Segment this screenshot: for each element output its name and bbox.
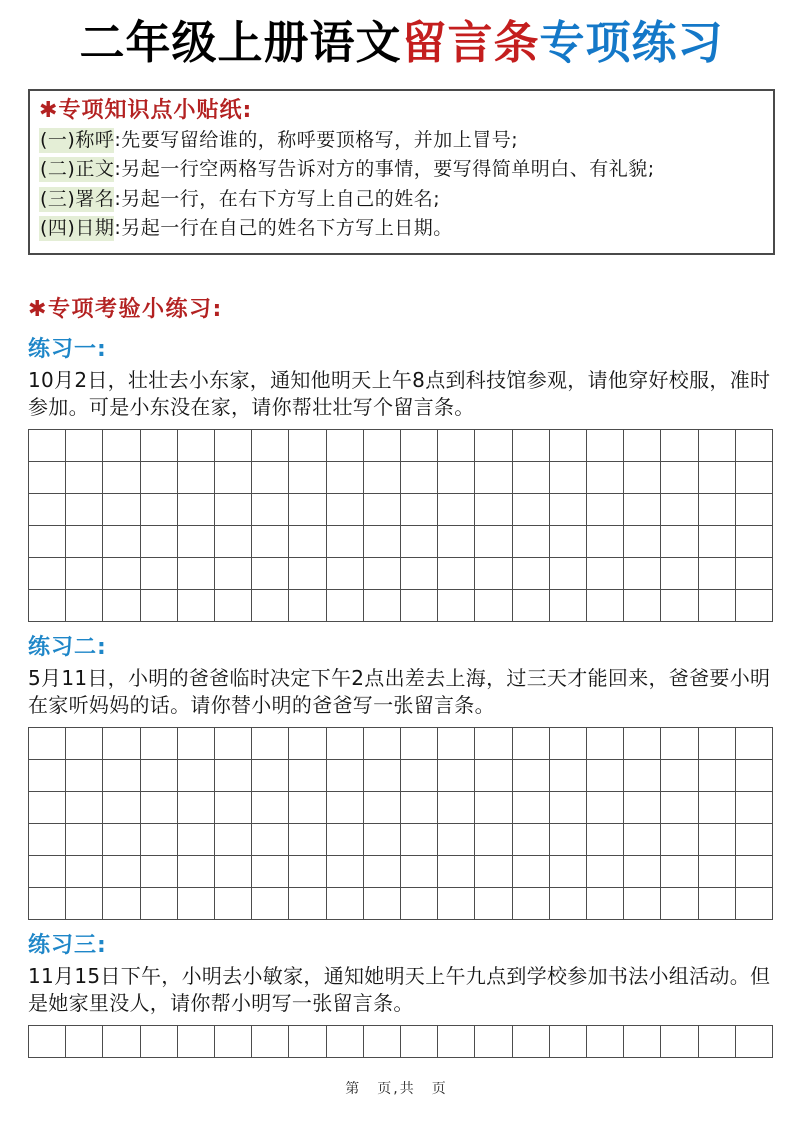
grid-cell	[326, 727, 363, 759]
grid-cell	[251, 759, 288, 791]
grid-cell	[586, 525, 623, 557]
grid-cell	[586, 727, 623, 759]
grid-cell	[251, 493, 288, 525]
grid-cell	[512, 461, 549, 493]
grid-cell	[698, 887, 735, 919]
grid-cell	[177, 525, 214, 557]
title-part-practice: 专项练习	[540, 16, 724, 69]
grid-cell	[400, 823, 437, 855]
grid-cell	[735, 855, 772, 887]
grid-cell	[549, 823, 586, 855]
grid-cell	[698, 525, 735, 557]
exercise-label: 练习一:	[28, 335, 775, 364]
grid-cell	[735, 887, 772, 919]
grid-cell	[363, 525, 400, 557]
grid-cell	[512, 855, 549, 887]
grid-cell	[549, 589, 586, 621]
grid-cell	[28, 525, 65, 557]
grid-cell	[474, 589, 511, 621]
worksheet-page: 二年级上册语文留言条专项练习 ✱专项知识点小贴纸: (一)称呼:先要写留给谁的，…	[0, 0, 793, 1122]
grid-cell	[65, 791, 102, 823]
grid-cell	[512, 727, 549, 759]
exercise-block: 练习三:11月15日下午，小明去小敏家，通知她明天上午九点到学校参加书法小组活动…	[28, 931, 775, 1058]
grid-cell	[363, 461, 400, 493]
grid-cell	[623, 1025, 660, 1057]
grid-cell	[140, 461, 177, 493]
grid-cell	[326, 493, 363, 525]
grid-cell	[363, 823, 400, 855]
grid-cell	[586, 429, 623, 461]
grid-cell	[660, 589, 697, 621]
tips-box: ✱专项知识点小贴纸: (一)称呼:先要写留给谁的，称呼要顶格写，并加上冒号;(二…	[28, 89, 775, 255]
grid-cell	[28, 493, 65, 525]
grid-cell	[586, 887, 623, 919]
grid-cell	[474, 855, 511, 887]
grid-cell	[28, 461, 65, 493]
exercises: 练习一:10月2日，壮壮去小东家，通知他明天上午8点到科技馆参观，请他穿好校服，…	[28, 335, 775, 1058]
grid-cell	[586, 823, 623, 855]
grid-cell	[512, 429, 549, 461]
grid-cell	[288, 791, 325, 823]
grid-cell	[400, 589, 437, 621]
grid-cell	[437, 759, 474, 791]
grid-cell	[660, 855, 697, 887]
grid-cell	[214, 461, 251, 493]
grid-cell	[251, 791, 288, 823]
grid-cell	[437, 855, 474, 887]
grid-cell	[251, 589, 288, 621]
grid-cell	[549, 759, 586, 791]
grid-cell	[512, 493, 549, 525]
grid-cell	[623, 589, 660, 621]
grid-cell	[586, 557, 623, 589]
grid-cell	[735, 461, 772, 493]
grid-cell	[65, 759, 102, 791]
grid-cell	[400, 1025, 437, 1057]
grid-cell	[251, 823, 288, 855]
grid-cell	[65, 525, 102, 557]
grid-cell	[549, 1025, 586, 1057]
grid-cell	[65, 727, 102, 759]
exercise-block: 练习二:5月11日，小明的爸爸临时决定下午2点出差去上海，过三天才能回来，爸爸要…	[28, 633, 775, 920]
grid-cell	[177, 823, 214, 855]
grid-cell	[400, 429, 437, 461]
grid-cell	[623, 493, 660, 525]
grid-cell	[214, 557, 251, 589]
grid-cell	[177, 429, 214, 461]
grid-cell	[65, 1025, 102, 1057]
grid-cell	[214, 525, 251, 557]
grid-cell	[326, 791, 363, 823]
tips-header: ✱专项知识点小贴纸:	[39, 96, 763, 126]
grid-cell	[549, 887, 586, 919]
grid-cell	[698, 855, 735, 887]
grid-cell	[102, 855, 139, 887]
grid-cell	[177, 461, 214, 493]
grid-cell	[140, 823, 177, 855]
grid-cell	[214, 823, 251, 855]
grid-cell	[474, 823, 511, 855]
grid-cell	[735, 727, 772, 759]
grid-cell	[326, 855, 363, 887]
grid-cell	[623, 461, 660, 493]
tip-item-label: (二)正文	[39, 157, 114, 182]
grid-cell	[698, 823, 735, 855]
grid-cell	[437, 727, 474, 759]
grid-cell	[28, 1025, 65, 1057]
grid-cell	[437, 429, 474, 461]
grid-cell	[512, 823, 549, 855]
grid-cell	[660, 493, 697, 525]
grid-cell	[28, 791, 65, 823]
asterisk-icon: ✱	[28, 297, 48, 322]
grid-cell	[735, 791, 772, 823]
grid-cell	[735, 493, 772, 525]
grid-cell	[660, 791, 697, 823]
grid-cell	[177, 759, 214, 791]
grid-cell	[251, 557, 288, 589]
grid-cell	[586, 493, 623, 525]
grid-cell	[698, 791, 735, 823]
grid-cell	[660, 461, 697, 493]
grid-cell	[512, 525, 549, 557]
exercise-block: 练习一:10月2日，壮壮去小东家，通知他明天上午8点到科技馆参观，请他穿好校服，…	[28, 335, 775, 622]
practice-header-label: 专项考验小练习:	[48, 297, 223, 322]
grid-cell	[177, 791, 214, 823]
grid-cell	[698, 429, 735, 461]
grid-cell	[363, 429, 400, 461]
grid-cell	[65, 823, 102, 855]
grid-cell	[549, 855, 586, 887]
grid-cell	[512, 791, 549, 823]
grid-cell	[698, 759, 735, 791]
grid-cell	[660, 1025, 697, 1057]
grid-cell	[586, 461, 623, 493]
grid-cell	[140, 525, 177, 557]
grid-cell	[474, 461, 511, 493]
exercise-label: 练习二:	[28, 633, 775, 662]
grid-cell	[65, 855, 102, 887]
grid-cell	[549, 429, 586, 461]
grid-cell	[660, 727, 697, 759]
grid-cell	[735, 1025, 772, 1057]
grid-cell	[437, 1025, 474, 1057]
grid-cell	[660, 759, 697, 791]
grid-cell	[698, 461, 735, 493]
grid-cell	[28, 855, 65, 887]
grid-cell	[102, 557, 139, 589]
grid-cell	[102, 727, 139, 759]
grid-cell	[512, 759, 549, 791]
grid-cell	[437, 823, 474, 855]
grid-cell	[474, 727, 511, 759]
grid-cell	[660, 557, 697, 589]
grid-cell	[102, 1025, 139, 1057]
grid-cell	[251, 461, 288, 493]
grid-cell	[288, 525, 325, 557]
grid-cell	[437, 791, 474, 823]
grid-cell	[326, 461, 363, 493]
grid-cell	[586, 1025, 623, 1057]
tip-item: (四)日期:另起一行在自己的姓名下方写上日期。	[39, 214, 763, 244]
grid-cell	[214, 589, 251, 621]
grid-cell	[474, 429, 511, 461]
grid-cell	[28, 589, 65, 621]
grid-cell	[288, 461, 325, 493]
tip-item-text: :另起一行空两格写告诉对方的事情，要写得简单明白、有礼貌;	[114, 158, 654, 180]
grid-cell	[326, 887, 363, 919]
grid-cell	[140, 557, 177, 589]
grid-cell	[326, 557, 363, 589]
grid-cell	[586, 589, 623, 621]
grid-cell	[660, 525, 697, 557]
grid-cell	[177, 589, 214, 621]
grid-cell	[288, 429, 325, 461]
grid-cell	[623, 557, 660, 589]
grid-cell	[326, 823, 363, 855]
exercise-prompt: 10月2日，壮壮去小东家，通知他明天上午8点到科技馆参观，请他穿好校服，准时参加…	[28, 367, 778, 422]
grid-cell	[326, 589, 363, 621]
grid-cell	[474, 887, 511, 919]
title-part-grade: 二年级上册语文	[79, 16, 401, 69]
grid-cell	[623, 855, 660, 887]
grid-cell	[102, 525, 139, 557]
tip-item: (三)署名:另起一行，在右下方写上自己的姓名;	[39, 185, 763, 215]
tip-item-label: (一)称呼	[39, 128, 114, 153]
grid-cell	[437, 461, 474, 493]
tip-item-label: (三)署名	[39, 187, 114, 212]
tip-item-text: :先要写留给谁的，称呼要顶格写，并加上冒号;	[114, 129, 518, 151]
grid-cell	[474, 493, 511, 525]
page-footer: 第 页,共 页	[0, 1078, 793, 1098]
grid-cell	[698, 589, 735, 621]
writing-grid	[28, 1025, 773, 1058]
grid-cell	[326, 429, 363, 461]
tip-item: (一)称呼:先要写留给谁的，称呼要顶格写，并加上冒号;	[39, 126, 763, 156]
grid-cell	[586, 759, 623, 791]
exercise-prompt: 11月15日下午，小明去小敏家，通知她明天上午九点到学校参加书法小组活动。但是她…	[28, 963, 778, 1018]
grid-cell	[400, 791, 437, 823]
grid-cell	[102, 759, 139, 791]
grid-cell	[65, 493, 102, 525]
exercise-prompt: 5月11日，小明的爸爸临时决定下午2点出差去上海，过三天才能回来，爸爸要小明在家…	[28, 665, 778, 720]
grid-cell	[698, 493, 735, 525]
grid-cell	[140, 1025, 177, 1057]
grid-cell	[140, 759, 177, 791]
grid-cell	[698, 727, 735, 759]
grid-cell	[623, 887, 660, 919]
grid-cell	[474, 525, 511, 557]
grid-cell	[474, 1025, 511, 1057]
grid-cell	[214, 493, 251, 525]
grid-cell	[177, 1025, 214, 1057]
grid-cell	[102, 589, 139, 621]
asterisk-icon: ✱	[39, 98, 58, 123]
grid-cell	[140, 727, 177, 759]
grid-cell	[512, 557, 549, 589]
tips-header-label: 专项知识点小贴纸:	[58, 98, 252, 123]
grid-cell	[102, 493, 139, 525]
grid-cell	[288, 855, 325, 887]
page-title: 二年级上册语文留言条专项练习	[28, 14, 775, 73]
grid-cell	[251, 887, 288, 919]
grid-cell	[586, 855, 623, 887]
grid-cell	[288, 589, 325, 621]
grid-cell	[214, 1025, 251, 1057]
grid-cell	[400, 759, 437, 791]
grid-cell	[474, 759, 511, 791]
grid-cell	[214, 759, 251, 791]
grid-cell	[102, 823, 139, 855]
grid-cell	[735, 557, 772, 589]
grid-cell	[437, 493, 474, 525]
grid-cell	[140, 887, 177, 919]
grid-cell	[623, 727, 660, 759]
grid-cell	[288, 727, 325, 759]
tip-item: (二)正文:另起一行空两格写告诉对方的事情，要写得简单明白、有礼貌;	[39, 155, 763, 185]
grid-cell	[363, 1025, 400, 1057]
grid-cell	[28, 887, 65, 919]
grid-cell	[28, 823, 65, 855]
grid-cell	[623, 759, 660, 791]
grid-cell	[549, 557, 586, 589]
grid-cell	[660, 823, 697, 855]
grid-cell	[735, 759, 772, 791]
grid-cell	[549, 493, 586, 525]
tip-item-text: :另起一行在自己的姓名下方写上日期。	[114, 217, 452, 239]
grid-cell	[65, 461, 102, 493]
grid-cell	[549, 727, 586, 759]
grid-cell	[251, 1025, 288, 1057]
grid-cell	[437, 557, 474, 589]
grid-cell	[140, 855, 177, 887]
grid-cell	[326, 759, 363, 791]
grid-cell	[28, 727, 65, 759]
grid-cell	[28, 759, 65, 791]
grid-cell	[363, 855, 400, 887]
grid-cell	[586, 791, 623, 823]
grid-cell	[177, 727, 214, 759]
tip-item-text: :另起一行，在右下方写上自己的姓名;	[114, 188, 440, 210]
grid-cell	[512, 1025, 549, 1057]
grid-cell	[474, 557, 511, 589]
grid-cell	[140, 791, 177, 823]
grid-cell	[140, 589, 177, 621]
grid-cell	[512, 887, 549, 919]
grid-cell	[474, 791, 511, 823]
grid-cell	[65, 429, 102, 461]
grid-cell	[65, 557, 102, 589]
grid-cell	[214, 727, 251, 759]
grid-cell	[214, 855, 251, 887]
writing-grid	[28, 727, 773, 920]
grid-cell	[623, 791, 660, 823]
grid-cell	[102, 461, 139, 493]
grid-cell	[326, 525, 363, 557]
writing-grid	[28, 429, 773, 622]
grid-cell	[363, 887, 400, 919]
grid-cell	[512, 589, 549, 621]
grid-cell	[400, 887, 437, 919]
grid-cell	[400, 557, 437, 589]
grid-cell	[102, 887, 139, 919]
grid-cell	[177, 855, 214, 887]
grid-cell	[102, 791, 139, 823]
grid-cell	[363, 791, 400, 823]
grid-cell	[363, 493, 400, 525]
grid-cell	[437, 525, 474, 557]
grid-cell	[326, 1025, 363, 1057]
grid-cell	[437, 887, 474, 919]
grid-cell	[735, 823, 772, 855]
grid-cell	[288, 1025, 325, 1057]
grid-cell	[140, 429, 177, 461]
grid-cell	[400, 461, 437, 493]
grid-cell	[698, 557, 735, 589]
grid-cell	[363, 589, 400, 621]
grid-cell	[735, 525, 772, 557]
grid-cell	[400, 855, 437, 887]
grid-cell	[660, 887, 697, 919]
grid-cell	[177, 493, 214, 525]
grid-cell	[288, 823, 325, 855]
grid-cell	[214, 429, 251, 461]
grid-cell	[437, 589, 474, 621]
title-part-topic: 留言条	[401, 16, 539, 69]
grid-cell	[65, 887, 102, 919]
grid-cell	[400, 525, 437, 557]
grid-cell	[177, 887, 214, 919]
grid-cell	[251, 429, 288, 461]
grid-cell	[28, 429, 65, 461]
grid-cell	[363, 759, 400, 791]
grid-cell	[28, 557, 65, 589]
grid-cell	[549, 461, 586, 493]
grid-cell	[102, 429, 139, 461]
practice-section-header: ✱专项考验小练习:	[28, 296, 775, 324]
grid-cell	[288, 759, 325, 791]
tips-list: (一)称呼:先要写留给谁的，称呼要顶格写，并加上冒号;(二)正文:另起一行空两格…	[39, 126, 763, 244]
grid-cell	[288, 887, 325, 919]
tip-item-label: (四)日期	[39, 216, 114, 241]
grid-cell	[177, 557, 214, 589]
grid-cell	[623, 823, 660, 855]
grid-cell	[251, 525, 288, 557]
grid-cell	[623, 525, 660, 557]
grid-cell	[549, 525, 586, 557]
grid-cell	[400, 727, 437, 759]
grid-cell	[214, 791, 251, 823]
grid-cell	[735, 429, 772, 461]
grid-cell	[549, 791, 586, 823]
grid-cell	[660, 429, 697, 461]
grid-cell	[251, 727, 288, 759]
grid-cell	[65, 589, 102, 621]
grid-cell	[363, 557, 400, 589]
grid-cell	[363, 727, 400, 759]
grid-cell	[214, 887, 251, 919]
exercise-label: 练习三:	[28, 931, 775, 960]
grid-cell	[251, 855, 288, 887]
grid-cell	[623, 429, 660, 461]
grid-cell	[698, 1025, 735, 1057]
grid-cell	[288, 557, 325, 589]
grid-cell	[140, 493, 177, 525]
grid-cell	[288, 493, 325, 525]
grid-cell	[735, 589, 772, 621]
grid-cell	[400, 493, 437, 525]
